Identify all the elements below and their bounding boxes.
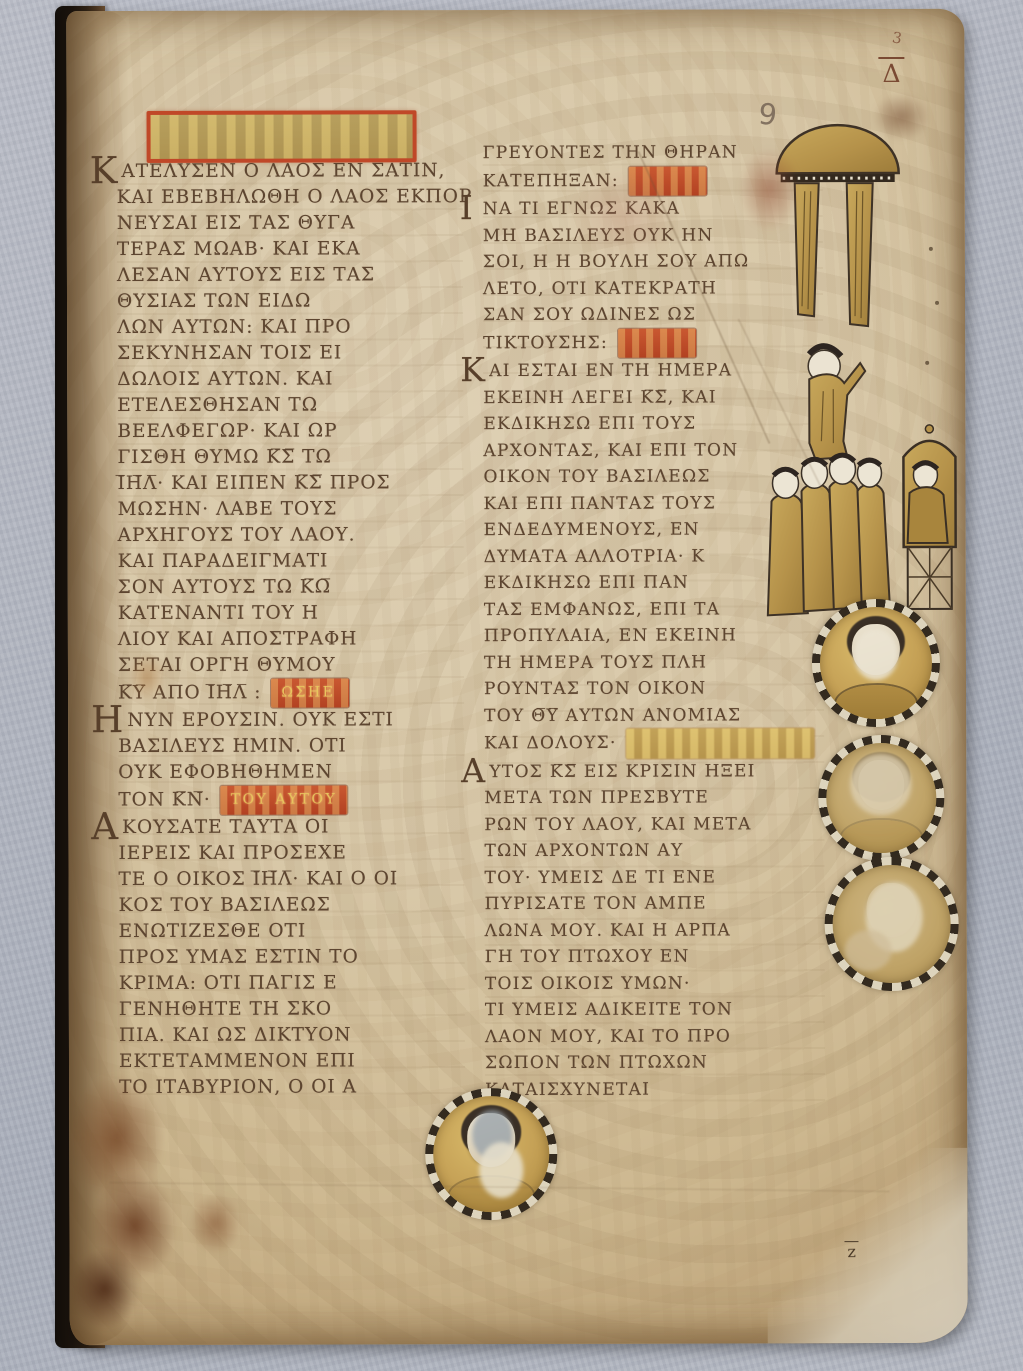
text-line: ΤΟ ΙΤΑΒΥΡΙΟΝ, Ο ΟΙ Α (119, 1074, 465, 1101)
text-line: ΛΩΝΑ ΜΟΥ. ΚΑΙ Η ΑΡΠΑ (485, 917, 825, 944)
line-text: ΤΑΣ ΕΜΦΑΝΩΣ, ΕΠΙ ΤΑ (484, 599, 721, 620)
text-line: ΠΡΟΣ ΥΜΑΣ ΕΣΤΙΝ ΤΟ (119, 944, 465, 971)
portrait-medallion-2 (818, 735, 944, 861)
manuscript-photograph: ΚΑΤΕΛΥΣΕΝ Ο ΛΑΟΣ ΕΝ ΣΑΤΙΝ,ΚΑΙ ΕΒΕΒΗΛΩΘΗ … (0, 0, 1023, 1371)
line-text: ΟΥΚ ΕΦΟΒΗΘΗΜΕΝ (118, 761, 333, 783)
text-line: ΓΕΝΗΘΗΤΕ ΤΗ ΣΚΟ (119, 996, 465, 1023)
text-line: ΑΡΧΗΓΟΥΣ ΤΟΥ ΛΑΟΥ. (118, 522, 464, 549)
medallion-ground (826, 743, 936, 853)
line-text: ΕΤΕΛΕΣΘΗΣΑΝ ΤΩ (117, 395, 318, 417)
text-line: ΔΩΛΟΙΣ ΑΥΤΩΝ. ΚΑΙ (117, 366, 463, 393)
text-line: ΛΩΝ ΑΥΤΩΝ: ΚΑΙ ΠΡΟ (117, 314, 463, 341)
line-text: ΙΕΡΕΙΣ ΚΑΙ ΠΡΟΣΕΧΕ (118, 842, 346, 864)
text-line: ΛΑΟΝ ΜΟΥ, ΚΑΙ ΤΟ ΠΡΟ (485, 1023, 825, 1050)
text-line: ΡΩΝ ΤΟΥ ΛΑΟΥ, ΚΑΙ ΜΕΤΑ (484, 811, 824, 838)
line-text: ΚΑΙ ΠΑΡΑΔΕΙΓΜΑΤΙ (118, 550, 329, 572)
line-text: ΚΡΙΜΑ: ΟΤΙ ΠΑΓΙΣ Ε (119, 972, 338, 994)
line-text: ΝΥΝ ΕΡΟΥΣΙΝ. ΟΥΚ ΕΣΤΙ (127, 709, 394, 731)
medallion-ground (433, 1096, 549, 1212)
line-text: ΔΩΛΟΙΣ ΑΥΤΩΝ. ΚΑΙ (117, 368, 333, 390)
line-text: ΤΟΝ Κ̅Ν̅· (118, 789, 211, 810)
line-text: ΚΑΙ ΔΟΛΟΥΣ· (484, 733, 617, 753)
ink-dot (935, 301, 939, 305)
text-line: ΕΤΕΛΕΣΘΗΣΑΝ ΤΩ (117, 392, 463, 419)
rubric-label: ΩΣΗΕ (271, 678, 349, 707)
rubric-label (618, 328, 696, 358)
text-line: ΛΙΟΥ ΚΑΙ ΑΠΟΣΤΡΑΦΗ (118, 626, 464, 653)
text-line: ΝΕΥΣΑΙ ΕΙΣ ΤΑΣ ΘΥΓΑ (117, 210, 463, 237)
line-text: ΚΟΣ ΤΟΥ ΒΑΣΙΛΕΩΣ (119, 894, 331, 916)
line-text: ΛΕΤΟ, ΟΤΙ ΚΑΤΕΚΡΑΤΗ (483, 278, 717, 299)
stain (739, 147, 801, 231)
line-text: ΤΟΥ Θ̅Υ̅ ΑΥΤΩΝ ΑΝΟΜΙΑΣ (484, 705, 741, 726)
line-text: ΕΝΔΕΔΥΜΕΝΟΥΣ, ΕΝ (484, 520, 700, 541)
text-line: ΚΑΤΕΝΑΝΤΙ ΤΟΥ Η (118, 600, 464, 627)
throne-and-ruler (903, 425, 955, 609)
line-text: ΣΟΝ ΑΥΤΟΥΣ ΤΩ Κ̅Ω̅ (118, 576, 331, 598)
text-line: ΚΑΙ ΠΑΡΑΔΕΙΓΜΑΤΙ (118, 548, 464, 575)
text-line: ΜΩΣΗΝ· ΛΑΒΕ ΤΟΥΣ (118, 496, 464, 523)
page-edge (948, 9, 967, 1343)
line-text: ΛΙΟΥ ΚΑΙ ΑΠΟΣΤΡΑΦΗ (118, 628, 358, 650)
ink-dot (929, 247, 933, 251)
text-line: ΣΕΤΑΙ ΟΡΓΗ ΘΥΜΟΥ (118, 652, 464, 679)
ink-dot (925, 361, 929, 365)
line-text: ΡΩΝ ΤΟΥ ΛΑΟΥ, ΚΑΙ ΜΕΤΑ (484, 814, 751, 835)
text-line: ΣΟΝ ΑΥΤΟΥΣ ΤΩ Κ̅Ω̅ (118, 574, 464, 601)
text-line: Ι̅Η̅Λ̅· ΚΑΙ ΕΙΠΕΝ Κ̅Σ̅ ΠΡΟΣ (117, 470, 463, 497)
text-line: ΛΕΣΑΝ ΑΥΤΟΥΣ ΕΙΣ ΤΑΣ (117, 262, 463, 289)
line-text: ΚΟΥΣΑΤΕ ΤΑΥΤΑ ΟΙ (122, 816, 329, 838)
portrait-bust (842, 820, 921, 853)
text-line: ΑΥΤΟΣ Κ̅Σ̅ ΕΙΣ ΚΡΙΣΙΝ ΗΞΕΙ (484, 758, 824, 785)
text-line: ΤΩΝ ΑΡΧΟΝΤΩΝ ΑΥ (484, 837, 824, 864)
line-text: ΠΙΑ. ΚΑΙ ΩΣ ΔΙΚΤΥΟΝ (119, 1024, 352, 1046)
line-text: ΣΑΝ ΣΟΥ ΩΔΙΝΕΣ ΩΣ (483, 305, 696, 326)
text-line: ΤΕ Ο ΟΙΚΟΣ Ι̅Η̅Λ̅· ΚΑΙ Ο ΟΙ (118, 866, 464, 893)
line-text: ΠΡΟΠΥΛΑΙΑ, ΕΝ ΕΚΕΙΝΗ (484, 625, 737, 646)
line-text: ΒΕΕΛΦΕΓΩΡ· ΚΑΙ ΩΡ (117, 420, 337, 442)
text-line: ΡΟΥΝΤΑΣ ΤΟΝ ΟΙΚΟΝ (484, 675, 824, 702)
line-text: ΤΟ ΙΤΑΒΥΡΙΟΝ, Ο ΟΙ Α (119, 1076, 357, 1098)
manuscript-page: ΚΑΤΕΛΥΣΕΝ Ο ΛΑΟΣ ΕΝ ΣΑΤΙΝ,ΚΑΙ ΕΒΕΒΗΛΩΘΗ … (66, 9, 967, 1345)
line-text: ΤΙΚΤΟΥΣΗΣ: (483, 333, 608, 353)
text-line: ΣΩΠΟΝ ΤΩΝ ΠΤΩΧΩΝ (485, 1049, 825, 1076)
text-line: ΗΝΥΝ ΕΡΟΥΣΙΝ. ΟΥΚ ΕΣΤΙ (118, 707, 464, 734)
text-line: ΚΑΤΕΛΥΣΕΝ Ο ΛΑΟΣ ΕΝ ΣΑΤΙΝ, (117, 158, 463, 185)
text-line: ΒΑΣΙΛΕΥΣ ΗΜΙΝ. ΟΤΙ (118, 733, 464, 760)
stain (872, 93, 930, 141)
rubric-label (627, 728, 815, 758)
text-line: ΤΗ ΗΜΕΡΑ ΤΟΥΣ ΠΛΗ (484, 649, 824, 676)
group-scene-miniature (757, 417, 967, 628)
text-line: ΚΡΙΜΑ: ΟΤΙ ΠΑΓΙΣ Ε (119, 970, 465, 997)
line-text: ΘΥΣΙΑΣ ΤΩΝ ΕΙΔΩ (117, 291, 311, 313)
text-line: ΤΟΥ· ΥΜΕΙΣ ΔΕ ΤΙ ΕΝΕ (484, 864, 824, 891)
rubric-label: ΤΟΥ ΑΥΤΟΥ (221, 785, 347, 814)
line-text: ΤΙ ΥΜΕΙΣ ΑΔΙΚΕΙΤΕ ΤΟΝ (485, 999, 733, 1020)
line-text: ΛΩΝΑ ΜΟΥ. ΚΑΙ Η ΑΡΠΑ (485, 920, 732, 941)
line-text: ΣΩΠΟΝ ΤΩΝ ΠΤΩΧΩΝ (485, 1053, 708, 1074)
line-text: ΕΚΔΙΚΗΣΩ ΕΠΙ ΠΑΝ (484, 573, 689, 594)
line-text: ΑΡΧΟΝΤΑΣ, ΚΑΙ ΕΠΙ ΤΟΝ (483, 440, 738, 461)
line-text: ΓΙΣΘΗ ΘΥΜΩ Κ̅Σ̅ ΤΩ (117, 446, 331, 468)
text-line: ΓΗ ΤΟΥ ΠΤΩΧΟΥ ΕΝ (485, 943, 825, 970)
header-rubric-text (151, 114, 413, 115)
text-line: ΤΟΙΣ ΟΙΚΟΙΣ ΥΜΩΝ· (485, 970, 825, 997)
text-line: ΠΥΡΙΣΑΤΕ ΤΟΝ ΑΜΠΕ (485, 890, 825, 917)
line-text: ΑΙ ΕΣΤΑΙ ΕΝ ΤΗ ΗΜΕΡΑ (489, 360, 732, 381)
text-line: ΜΕΤΑ ΤΩΝ ΠΡΕΣΒΥΤΕ (484, 784, 824, 811)
illuminated-initial: Α (91, 815, 119, 839)
portrait-medallion-1 (812, 599, 940, 727)
standing-figures (767, 480, 889, 616)
line-text: ΡΟΥΝΤΑΣ ΤΟΝ ΟΙΚΟΝ (484, 679, 706, 700)
line-text: ΣΕΚΥΝΗΣΑΝ ΤΟΙΣ ΕΙ (117, 342, 342, 364)
line-text: ΛΑΟΝ ΜΟΥ, ΚΑΙ ΤΟ ΠΡΟ (485, 1026, 731, 1047)
canopy-curtain-right (847, 183, 873, 326)
illuminated-initial: Ι (460, 196, 474, 220)
text-line: ΕΝΩΤΙΖΕΣΘΕ ΟΤΙ (119, 918, 465, 945)
line-text: ΤΟΙΣ ΟΙΚΟΙΣ ΥΜΩΝ· (485, 973, 691, 994)
line-text: ΜΩΣΗΝ· ΛΑΒΕ ΤΟΥΣ (118, 498, 338, 520)
line-text: ΚΑΙ ΕΠΙ ΠΑΝΤΑΣ ΤΟΥΣ (484, 493, 717, 514)
text-line: Κ̅Υ̅ ΑΠΟ Ι̅Η̅Λ̅ :ΩΣΗΕ (118, 678, 464, 708)
line-text: ΑΤΕΛΥΣΕΝ Ο ΛΑΟΣ ΕΝ ΣΑΤΙΝ, (121, 160, 445, 182)
paint-flake (850, 754, 911, 815)
portrait-medallion-3 (824, 857, 958, 991)
header-rubric (147, 110, 417, 163)
medallion-ground (832, 865, 950, 983)
text-line: ΒΕΕΛΦΕΓΩΡ· ΚΑΙ ΩΡ (117, 418, 463, 445)
line-text: ΟΙΚΟΝ ΤΟΥ ΒΑΣΙΛΕΩΣ (483, 466, 710, 487)
illuminated-initial: Α (461, 759, 486, 783)
text-line: ΚΑΙ ΔΟΛΟΥΣ· (484, 728, 824, 758)
line-text: ΤΕΡΑΣ ΜΩΑΒ· ΚΑΙ ΕΚΑ (117, 238, 361, 260)
line-text: ΑΡΧΗΓΟΥΣ ΤΟΥ ΛΑΟΥ. (118, 524, 356, 546)
text-line: ΚΑΙ ΕΒΕΒΗΛΩΘΗ Ο ΛΑΟΣ ΕΚΠΟΡ (117, 184, 463, 211)
text-line: ΕΚΤΕΤΑΜΜΕΝΟΝ ΕΠΙ (119, 1048, 465, 1075)
text-column-1: ΚΑΤΕΛΥΣΕΝ Ο ΛΑΟΣ ΕΝ ΣΑΤΙΝ,ΚΑΙ ΕΒΕΒΗΛΩΘΗ … (117, 158, 465, 1101)
line-text: ΤΩΝ ΑΡΧΟΝΤΩΝ ΑΥ (484, 841, 683, 862)
line-text: ΛΩΝ ΑΥΤΩΝ: ΚΑΙ ΠΡΟ (117, 316, 351, 338)
line-text: ΤΟΥ· ΥΜΕΙΣ ΔΕ ΤΙ ΕΝΕ (484, 867, 716, 888)
text-line: ΣΕΚΥΝΗΣΑΝ ΤΟΙΣ ΕΙ (117, 340, 463, 367)
line-text: ΤΕ Ο ΟΙΚΟΣ Ι̅Η̅Λ̅· ΚΑΙ Ο ΟΙ (119, 868, 399, 890)
illuminated-initial: Κ (460, 358, 486, 382)
text-line: ΚΑΤΑΙΣΧΥΝΕΤΑΙ (485, 1076, 825, 1103)
stain (69, 1249, 139, 1329)
line-text: ΚΑΤΕΝΑΝΤΙ ΤΟΥ Η (118, 603, 319, 625)
line-text: ΠΡΟΣ ΥΜΑΣ ΕΣΤΙΝ ΤΟ (119, 946, 359, 968)
text-line: ΑΚΟΥΣΑΤΕ ΤΑΥΤΑ ΟΙ (118, 814, 464, 841)
line-text: ΓΗ ΤΟΥ ΠΤΩΧΟΥ ΕΝ (485, 947, 690, 968)
line-text: ΤΗ ΗΜΕΡΑ ΤΟΥΣ ΠΛΗ (484, 652, 707, 673)
text-line: ΤΕΡΑΣ ΜΩΑΒ· ΚΑΙ ΕΚΑ (117, 236, 463, 263)
line-text: Ι̅Η̅Λ̅· ΚΑΙ ΕΙΠΕΝ Κ̅Σ̅ ΠΡΟΣ (117, 472, 390, 494)
line-text: ΕΝΩΤΙΖΕΣΘΕ ΟΤΙ (119, 921, 307, 942)
line-text: ΓΡΕΥΟΝΤΕΣ ΤΗΝ ΘΗΡΑΝ (483, 142, 738, 163)
line-text: ΚΑΙ ΕΒΕΒΗΛΩΘΗ Ο ΛΑΟΣ ΕΚΠΟΡ (117, 186, 473, 208)
line-text: ΕΚΤΕΤΑΜΜΕΝΟΝ ΕΠΙ (119, 1050, 356, 1072)
text-line: ΤΟΥ Θ̅Υ̅ ΑΥΤΩΝ ΑΝΟΜΙΑΣ (484, 702, 824, 729)
line-text: ΜΕΤΑ ΤΩΝ ΠΡΕΣΒΥΤΕ (484, 787, 709, 808)
line-text: ΔΥΜΑΤΑ ΑΛΛΟΤΡΙΑ· Κ (484, 546, 706, 567)
text-line: ΚΟΣ ΤΟΥ ΒΑΣΙΛΕΩΣ (119, 892, 465, 919)
text-line: ΓΙΣΘΗ ΘΥΜΩ Κ̅Σ̅ ΤΩ (117, 444, 463, 471)
stain (128, 653, 166, 701)
text-line: ΤΟΝ Κ̅Ν̅·ΤΟΥ ΑΥΤΟΥ (118, 785, 464, 815)
line-text: ΝΕΥΣΑΙ ΕΙΣ ΤΑΣ ΘΥΓΑ (117, 212, 356, 234)
text-line: ΟΥΚ ΕΦΟΒΗΘΗΜΕΝ (118, 759, 464, 786)
corner-mark: 3 (891, 28, 903, 47)
paint-flake (844, 930, 891, 971)
illuminated-initial: Η (91, 708, 124, 732)
line-text: ΓΕΝΗΘΗΤΕ ΤΗ ΣΚΟ (119, 998, 332, 1020)
text-line: ΠΙΑ. ΚΑΙ ΩΣ ΔΙΚΤΥΟΝ (119, 1022, 465, 1049)
text-line: ΤΙ ΥΜΕΙΣ ΑΔΙΚΕΙΤΕ ΤΟΝ (485, 996, 825, 1023)
bottom-portrait-medallion (425, 1088, 557, 1220)
text-line: ΘΥΣΙΑΣ ΤΩΝ ΕΙΔΩ (117, 288, 463, 315)
paint-flake (853, 629, 898, 680)
illuminated-initial: Κ (90, 159, 119, 183)
line-text: ΒΑΣΙΛΕΥΣ ΗΜΙΝ. ΟΤΙ (118, 735, 347, 757)
line-text: ΛΕΣΑΝ ΑΥΤΟΥΣ ΕΙΣ ΤΑΣ (117, 264, 375, 286)
stain (189, 1193, 241, 1255)
portrait-bust (836, 685, 917, 719)
medallion-ground (820, 607, 932, 719)
quire-mark: Δ (878, 57, 904, 89)
line-text: ΠΥΡΙΣΑΤΕ ΤΟΝ ΑΜΠΕ (485, 894, 707, 915)
bottom-quire-mark: z (844, 1241, 858, 1261)
line-text: ΕΚΔΙΚΗΣΩ ΕΠΙ ΤΟΥΣ (483, 414, 696, 435)
line-text: ΕΚΕΙΝΗ ΛΕΓΕΙ Κ̅Σ̅, ΚΑΙ (483, 387, 717, 408)
corner-repair-patch (767, 1148, 968, 1344)
text-line: ΙΕΡΕΙΣ ΚΑΙ ΠΡΟΣΕΧΕ (118, 840, 464, 867)
line-text: ΥΤΟΣ Κ̅Σ̅ ΕΙΣ ΚΡΙΣΙΝ ΗΞΕΙ (489, 761, 755, 782)
